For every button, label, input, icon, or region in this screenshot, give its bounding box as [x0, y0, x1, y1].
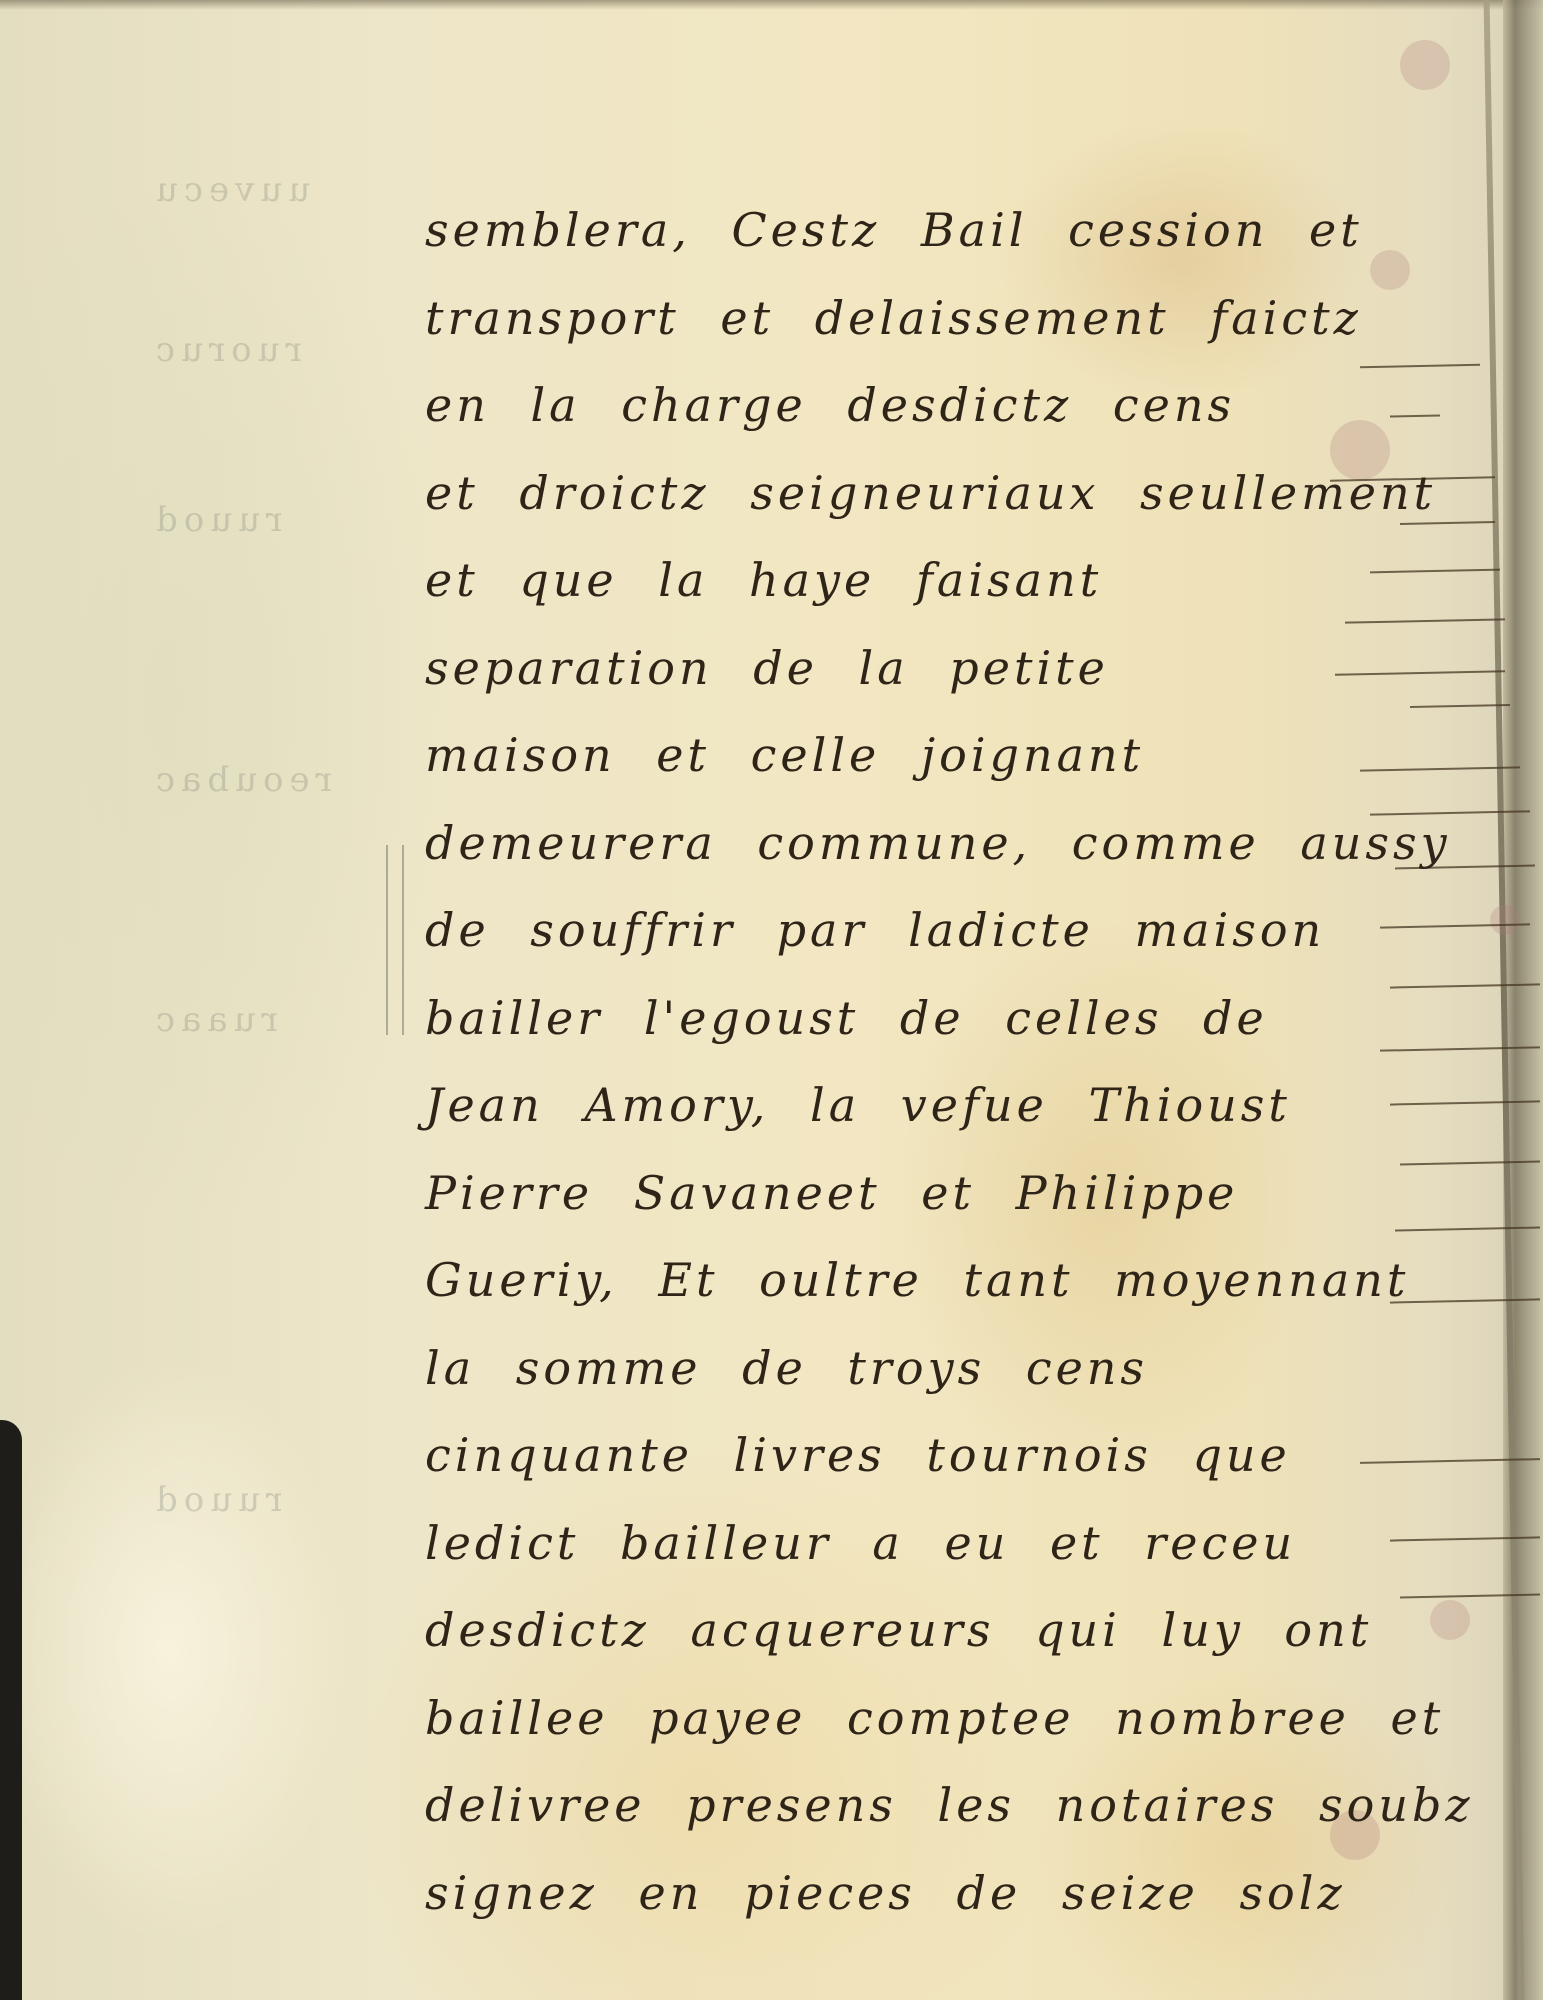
line-filler-stroke: [1400, 521, 1495, 525]
manuscript-line: cinquante livres tournois que: [425, 1420, 1325, 1508]
top-edge-shadow: [0, 0, 1543, 10]
manuscript-line: de souffrir par ladicte maison: [425, 895, 1325, 983]
bleed-through-text: ruuod: [150, 500, 282, 540]
stain: [1400, 40, 1450, 90]
manuscript-line: separation de la petite: [425, 633, 1325, 721]
stain: [1490, 905, 1520, 935]
manuscript-line: desdictz acquereurs qui luy ont: [425, 1595, 1325, 1683]
manuscript-line: en la charge desdictz cens: [425, 370, 1325, 458]
manuscript-line: baillee payee comptee nombree et: [425, 1683, 1325, 1771]
manuscript-line: la somme de troys cens: [425, 1333, 1325, 1421]
stain: [1370, 250, 1410, 290]
manuscript-line: bailler l'egoust de celles de: [425, 983, 1325, 1071]
bleed-through-text: uuvecu: [150, 170, 310, 210]
manuscript-line: ledict bailleur a eu et receu: [425, 1508, 1325, 1596]
manuscript-line: delivree presens les notaires soubz: [425, 1770, 1325, 1858]
manuscript-line: Gueriy, Et oultre tant moyennant: [425, 1245, 1325, 1333]
line-filler-stroke: [1390, 414, 1440, 417]
parchment-page: uuvecu ruoruc ruuod reoubac ruaac ruuod …: [0, 0, 1543, 2000]
bleed-through-text: reoubac: [150, 760, 332, 800]
line-filler-stroke: [1360, 364, 1480, 369]
margin-ruling-lines: [386, 845, 404, 1035]
manuscript-line: transport et delaissement faictz: [425, 283, 1325, 371]
manuscript-line: et droictz seigneuriaux seullement: [425, 458, 1325, 546]
manuscript-line: Pierre Savaneet et Philippe: [425, 1158, 1325, 1246]
bleed-through-text: ruoruc: [150, 330, 302, 370]
line-filler-stroke: [1345, 618, 1505, 623]
manuscript-line: signez en pieces de seize solz: [425, 1858, 1325, 1946]
manuscript-line: demeurera commune, comme aussy: [425, 808, 1325, 896]
line-filler-stroke: [1335, 670, 1505, 676]
manuscript-line: et que la haye faisant: [425, 545, 1325, 633]
bleed-through-text: ruuod: [150, 1480, 282, 1520]
binding-gutter: [1503, 0, 1543, 2000]
bleed-through-text: ruaac: [150, 1000, 278, 1040]
manuscript-line: maison et celle joignant: [425, 720, 1325, 808]
manuscript-line: semblera, Cestz Bail cession et: [425, 195, 1325, 283]
manuscript-text: semblera, Cestz Bail cession et transpor…: [425, 195, 1325, 1945]
gutter-fold: [1484, 0, 1525, 2000]
stain: [1430, 1600, 1470, 1640]
page-left-edge: [0, 1420, 22, 2000]
manuscript-line: Jean Amory, la vefue Thioust: [425, 1070, 1325, 1158]
line-filler-stroke: [1370, 569, 1500, 574]
